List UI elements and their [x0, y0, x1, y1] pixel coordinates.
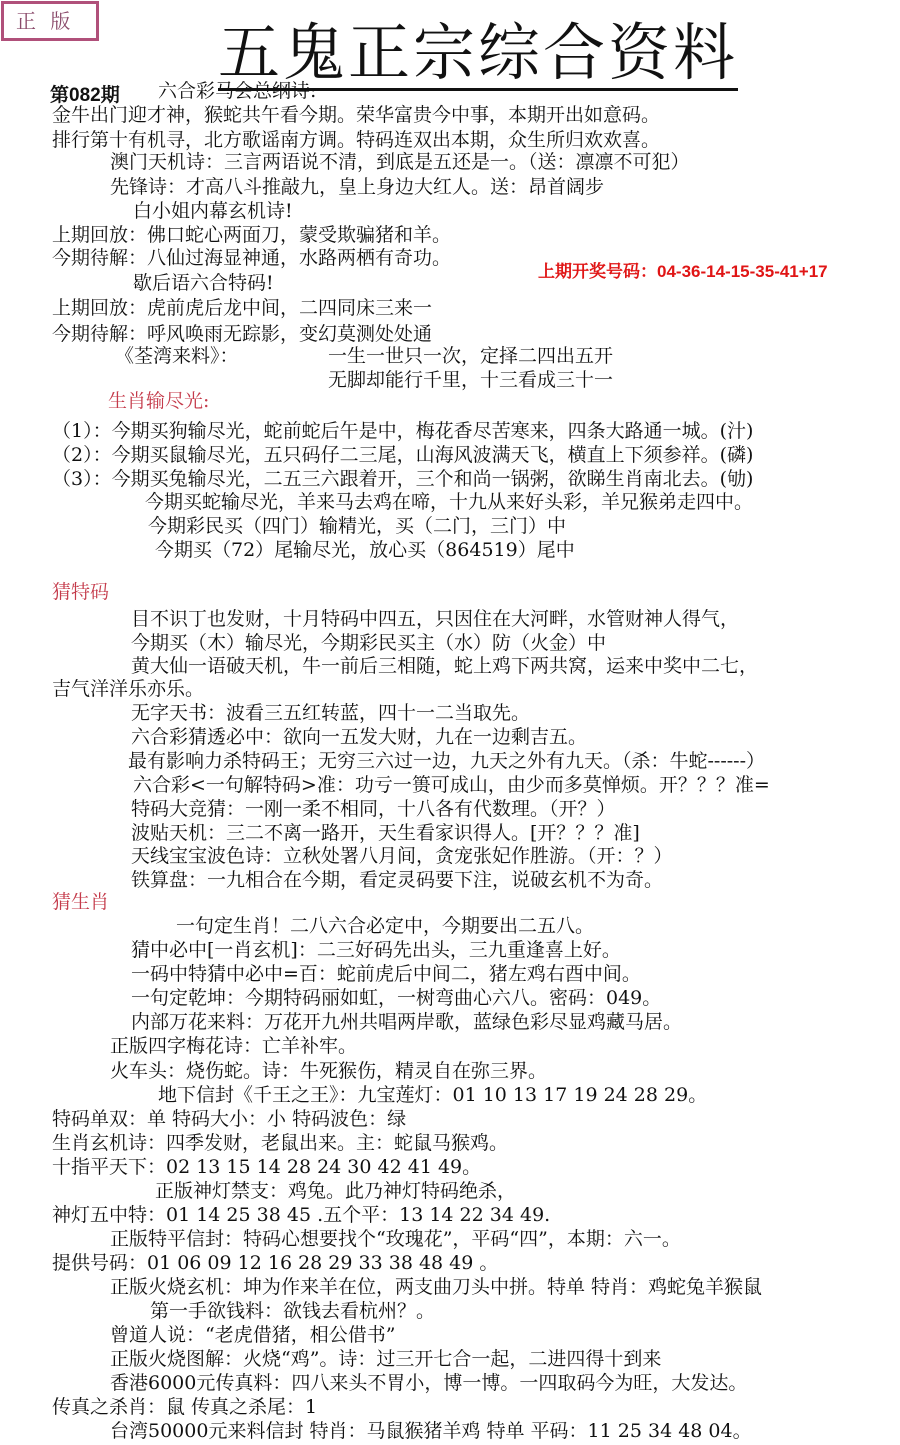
text-line: 铁算盘：一九相合在今期，看定灵码要下注，说破玄机不为奇。 — [131, 868, 663, 892]
text-line: 内部万花来料：万花开九州共唱两岸歌，蓝绿色彩尽显鸡藏马居。 — [131, 1010, 682, 1034]
text-line: 天线宝宝波色诗：立秋处署八月间，贪宠张妃作胜游。（开：？） — [131, 844, 673, 868]
text-line: 一句定乾坤：今期特码丽如虹，一树弯曲心六八。密码：049。 — [131, 986, 661, 1010]
text-line: 六合彩马会总纲诗: — [158, 79, 316, 103]
text-line: 波贴天机：三二不离一路开，天生看家识得人。[开？？？准] — [131, 821, 640, 845]
section-heading: 生肖输尽光: — [108, 386, 209, 413]
text-line: 正版火烧玄机：坤为作来羊在位，两支曲刀头中拼。特单 特肖：鸡蛇兔羊猴鼠 — [110, 1275, 762, 1299]
text-line: 吉气洋洋乐亦乐。 — [52, 677, 204, 701]
text-line: 正版火烧图解：火烧“鸡”。诗：过三开七合一起，二进四得十到来 — [110, 1347, 661, 1371]
text-line: 黄大仙一语破天机，牛一前后三相随，蛇上鸡下两共窝，运来中奖中二七， — [131, 654, 758, 678]
text-line: 火车头：烧伤蛇。诗：牛死猴伤，精灵自在弥三界。 — [110, 1059, 547, 1083]
text-line: （2）：今期买鼠输尽光，五只码仔二三尾，山海风波满天飞，横直上下须参祥。(磷) — [52, 443, 753, 467]
section-heading: 猜特码 — [52, 577, 109, 604]
genuine-badge: 正 版 — [1, 1, 99, 41]
text-line: 今期待解：呼风唤雨无踪影，变幻莫测处处通 — [52, 322, 432, 346]
text-line: 一生一世只一次，定择二四出五开 — [328, 344, 613, 368]
text-line: 一句定生肖！二八六合必定中，今期要出二五八。 — [176, 914, 594, 938]
text-line: 今期买蛇输尽光，羊来马去鸡在啼，十九从来好头彩，羊兄猴弟走四中。 — [145, 490, 753, 514]
text-line: 今期买（木）输尽光，今期彩民买主（水）防（火金）中 — [131, 631, 606, 655]
text-line: 无脚却能行千里，十三看成三十一 — [328, 368, 613, 392]
text-line: 猜中必中[一肖玄机]：二三好码先出头，三九重逢喜上好。 — [131, 938, 621, 962]
text-line: 曾道人说：“老虎借猪，相公借书” — [110, 1323, 395, 1347]
text-line: 一码中特猜中必中=百：蛇前虎后中间二，猪左鸡右酉中间。 — [131, 962, 641, 986]
text-line: 今期待解：八仙过海显神通，水路两栖有奇功。 — [52, 246, 451, 270]
text-line: 特码大竞猜：一刚一柔不相同，十八各有代数理。（开？） — [131, 797, 616, 821]
text-line: 特码单双：单 特码大小：小 特码波色：绿 — [52, 1107, 406, 1131]
text-line: 香港6000元传真料：四八来头不胃小，博一博。一四取码今为旺，大发达。 — [110, 1371, 747, 1395]
text-line: 先锋诗：才高八斗推敲九，皇上身边大红人。送：昂首阔步 — [110, 175, 604, 199]
text-line: 排行第十有机寻，北方歌谣南方调。特码连双出本期，众生所归欢欢喜。 — [52, 128, 660, 152]
text-line: 十指平天下：02 13 15 14 28 24 30 42 41 49。 — [52, 1155, 481, 1179]
text-line: 无字天书：波看三五红转蓝，四十一二当取先。 — [131, 701, 530, 725]
text-line: 歇后语六合特码! — [133, 271, 274, 295]
text-line: 白小姐内幕玄机诗! — [133, 199, 293, 223]
text-line: 上期回放：佛口蛇心两面刀，蒙受欺骗猪和羊。 — [52, 223, 451, 247]
text-line: 今期买（72）尾输尽光，放心买（864519）尾中 — [155, 538, 575, 562]
text-line: 上期回放：虎前虎后龙中间，二四同床三来一 — [52, 296, 432, 320]
text-line: 第一手欲钱料：欲钱去看杭州？。 — [150, 1299, 435, 1323]
text-line: 六合彩<一句解特码>准：功亏一篑可成山，由少而多莫惮烦。开？？？准= — [133, 773, 770, 797]
text-line: 六合彩猜透必中：欲向一五发大财，九在一边剩吉五。 — [131, 725, 587, 749]
text-line: （1）：今期买狗输尽光，蛇前蛇后午是中，梅花香尽苦寒来，四条大路通一城。(汁) — [52, 419, 753, 443]
text-line: 地下信封《千王之王》：九宝莲灯：01 10 13 17 19 24 28 29。 — [158, 1083, 707, 1107]
text-line: 目不识丁也发财，十月特码中四五，只因住在大河畔，水管财神人得气， — [131, 607, 739, 631]
text-line: 今期彩民买（四门）输精光，买（二门，三门）中 — [148, 514, 566, 538]
text-line: 正版神灯禁支：鸡兔。此乃神灯特码绝杀， — [155, 1179, 516, 1203]
text-line: 最有影响力杀特码王；无穷三六过一边，九天之外有九天。（杀：牛蛇------） — [128, 749, 765, 773]
section-heading: 猜生肖 — [52, 887, 109, 914]
text-line: 提供号码：01 06 09 12 16 28 29 33 38 48 49 。 — [52, 1251, 498, 1275]
text-line: 传真之杀肖：鼠 传真之杀尾：1 — [52, 1395, 317, 1419]
text-line: 台湾50000元来料信封 特肖：马鼠猴猪羊鸡 特单 平码：11 25 34 48… — [110, 1419, 752, 1443]
text-line: 正版四字梅花诗：亡羊补牢。 — [110, 1034, 357, 1058]
text-line: 澳门天机诗：三言两语说不清，到底是五还是一。（送：凛凛不可犯） — [110, 150, 690, 174]
text-line: 生肖玄机诗：四季发财，老鼠出来。主：蛇鼠马猴鸡。 — [52, 1131, 508, 1155]
text-line: 正版特平信封：特码心想要找个“玫瑰花”，平码“四”，本期：六一。 — [110, 1227, 681, 1251]
text-line: 《荃湾来料》： — [115, 344, 239, 368]
text-line: 金牛出门迎才神，猴蛇共午看今期。荣华富贵今中事，本期开出如意码。 — [52, 103, 660, 127]
last-draw-result: 上期开奖号码：04-36-14-15-35-41+17 — [538, 257, 828, 282]
text-line: 神灯五中特：01 14 25 38 45 .五个平：13 14 22 34 49… — [52, 1203, 550, 1227]
text-line: （3）：今期买兔输尽光，二五三六跟着开，三个和尚一锅粥，欲睇生肖南北去。(劬) — [52, 467, 753, 491]
